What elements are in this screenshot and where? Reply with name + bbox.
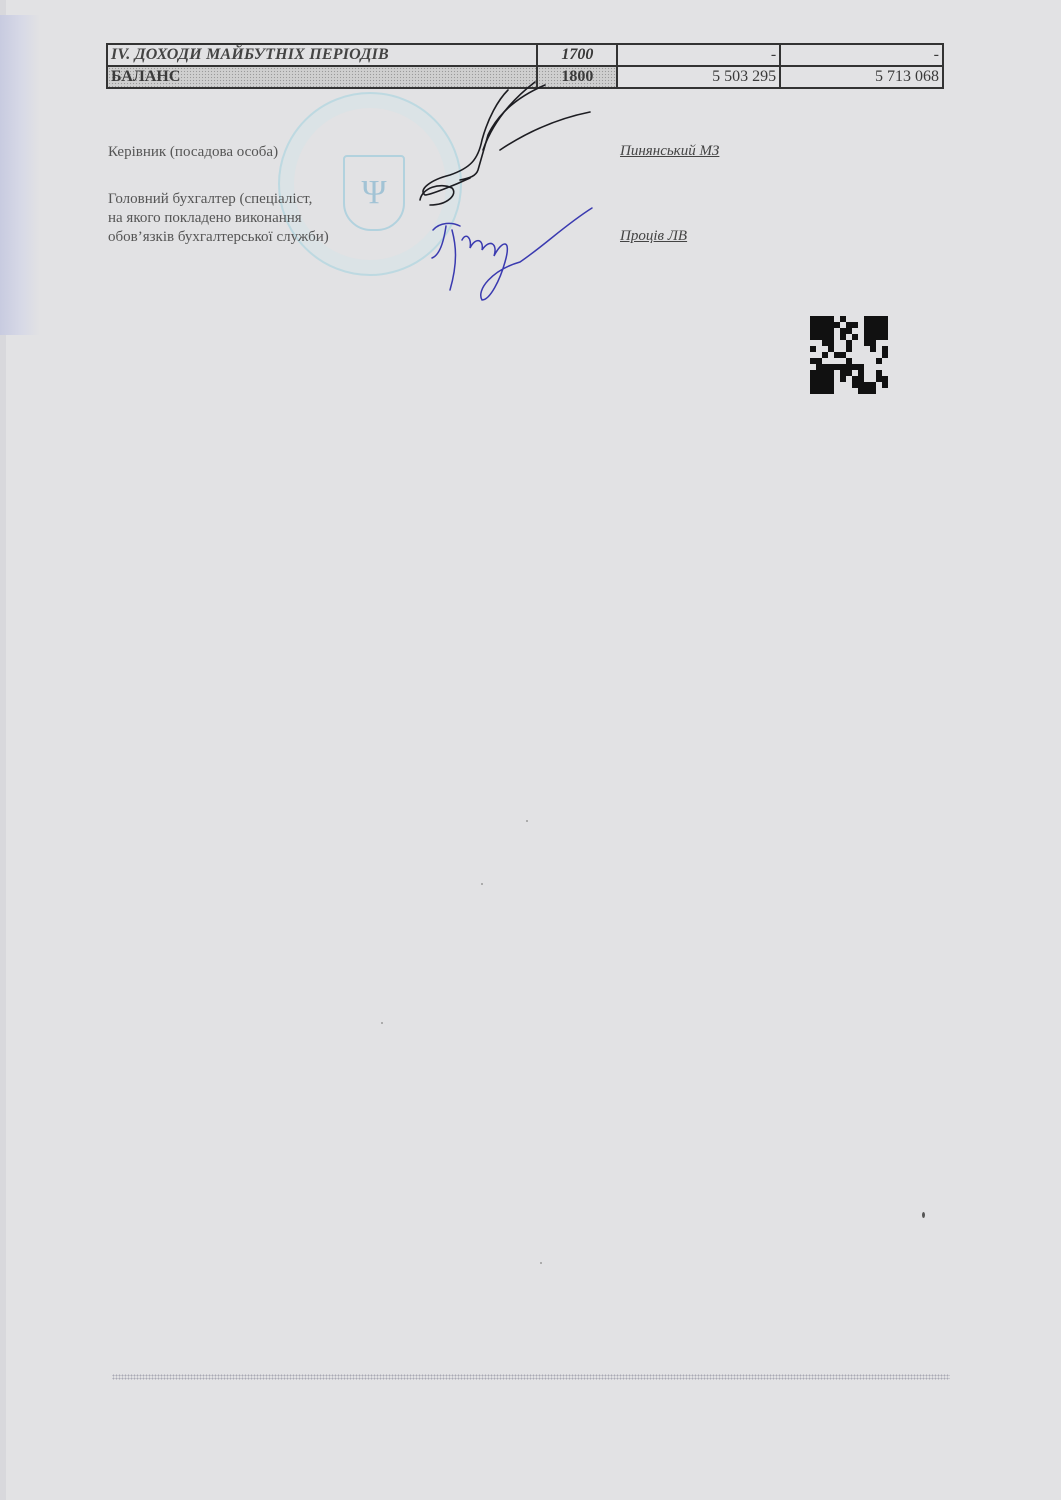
scan-speck [381, 1022, 383, 1024]
handwritten-signatures [0, 0, 1061, 320]
scan-speck [526, 820, 528, 822]
accountant-signature-icon [432, 208, 592, 300]
footer-divider [112, 1374, 950, 1380]
scan-speck [481, 883, 483, 885]
scan-speck [540, 1262, 542, 1264]
qr-code-icon [810, 316, 888, 396]
scan-speck [922, 1212, 925, 1218]
director-signature-icon [420, 82, 590, 205]
